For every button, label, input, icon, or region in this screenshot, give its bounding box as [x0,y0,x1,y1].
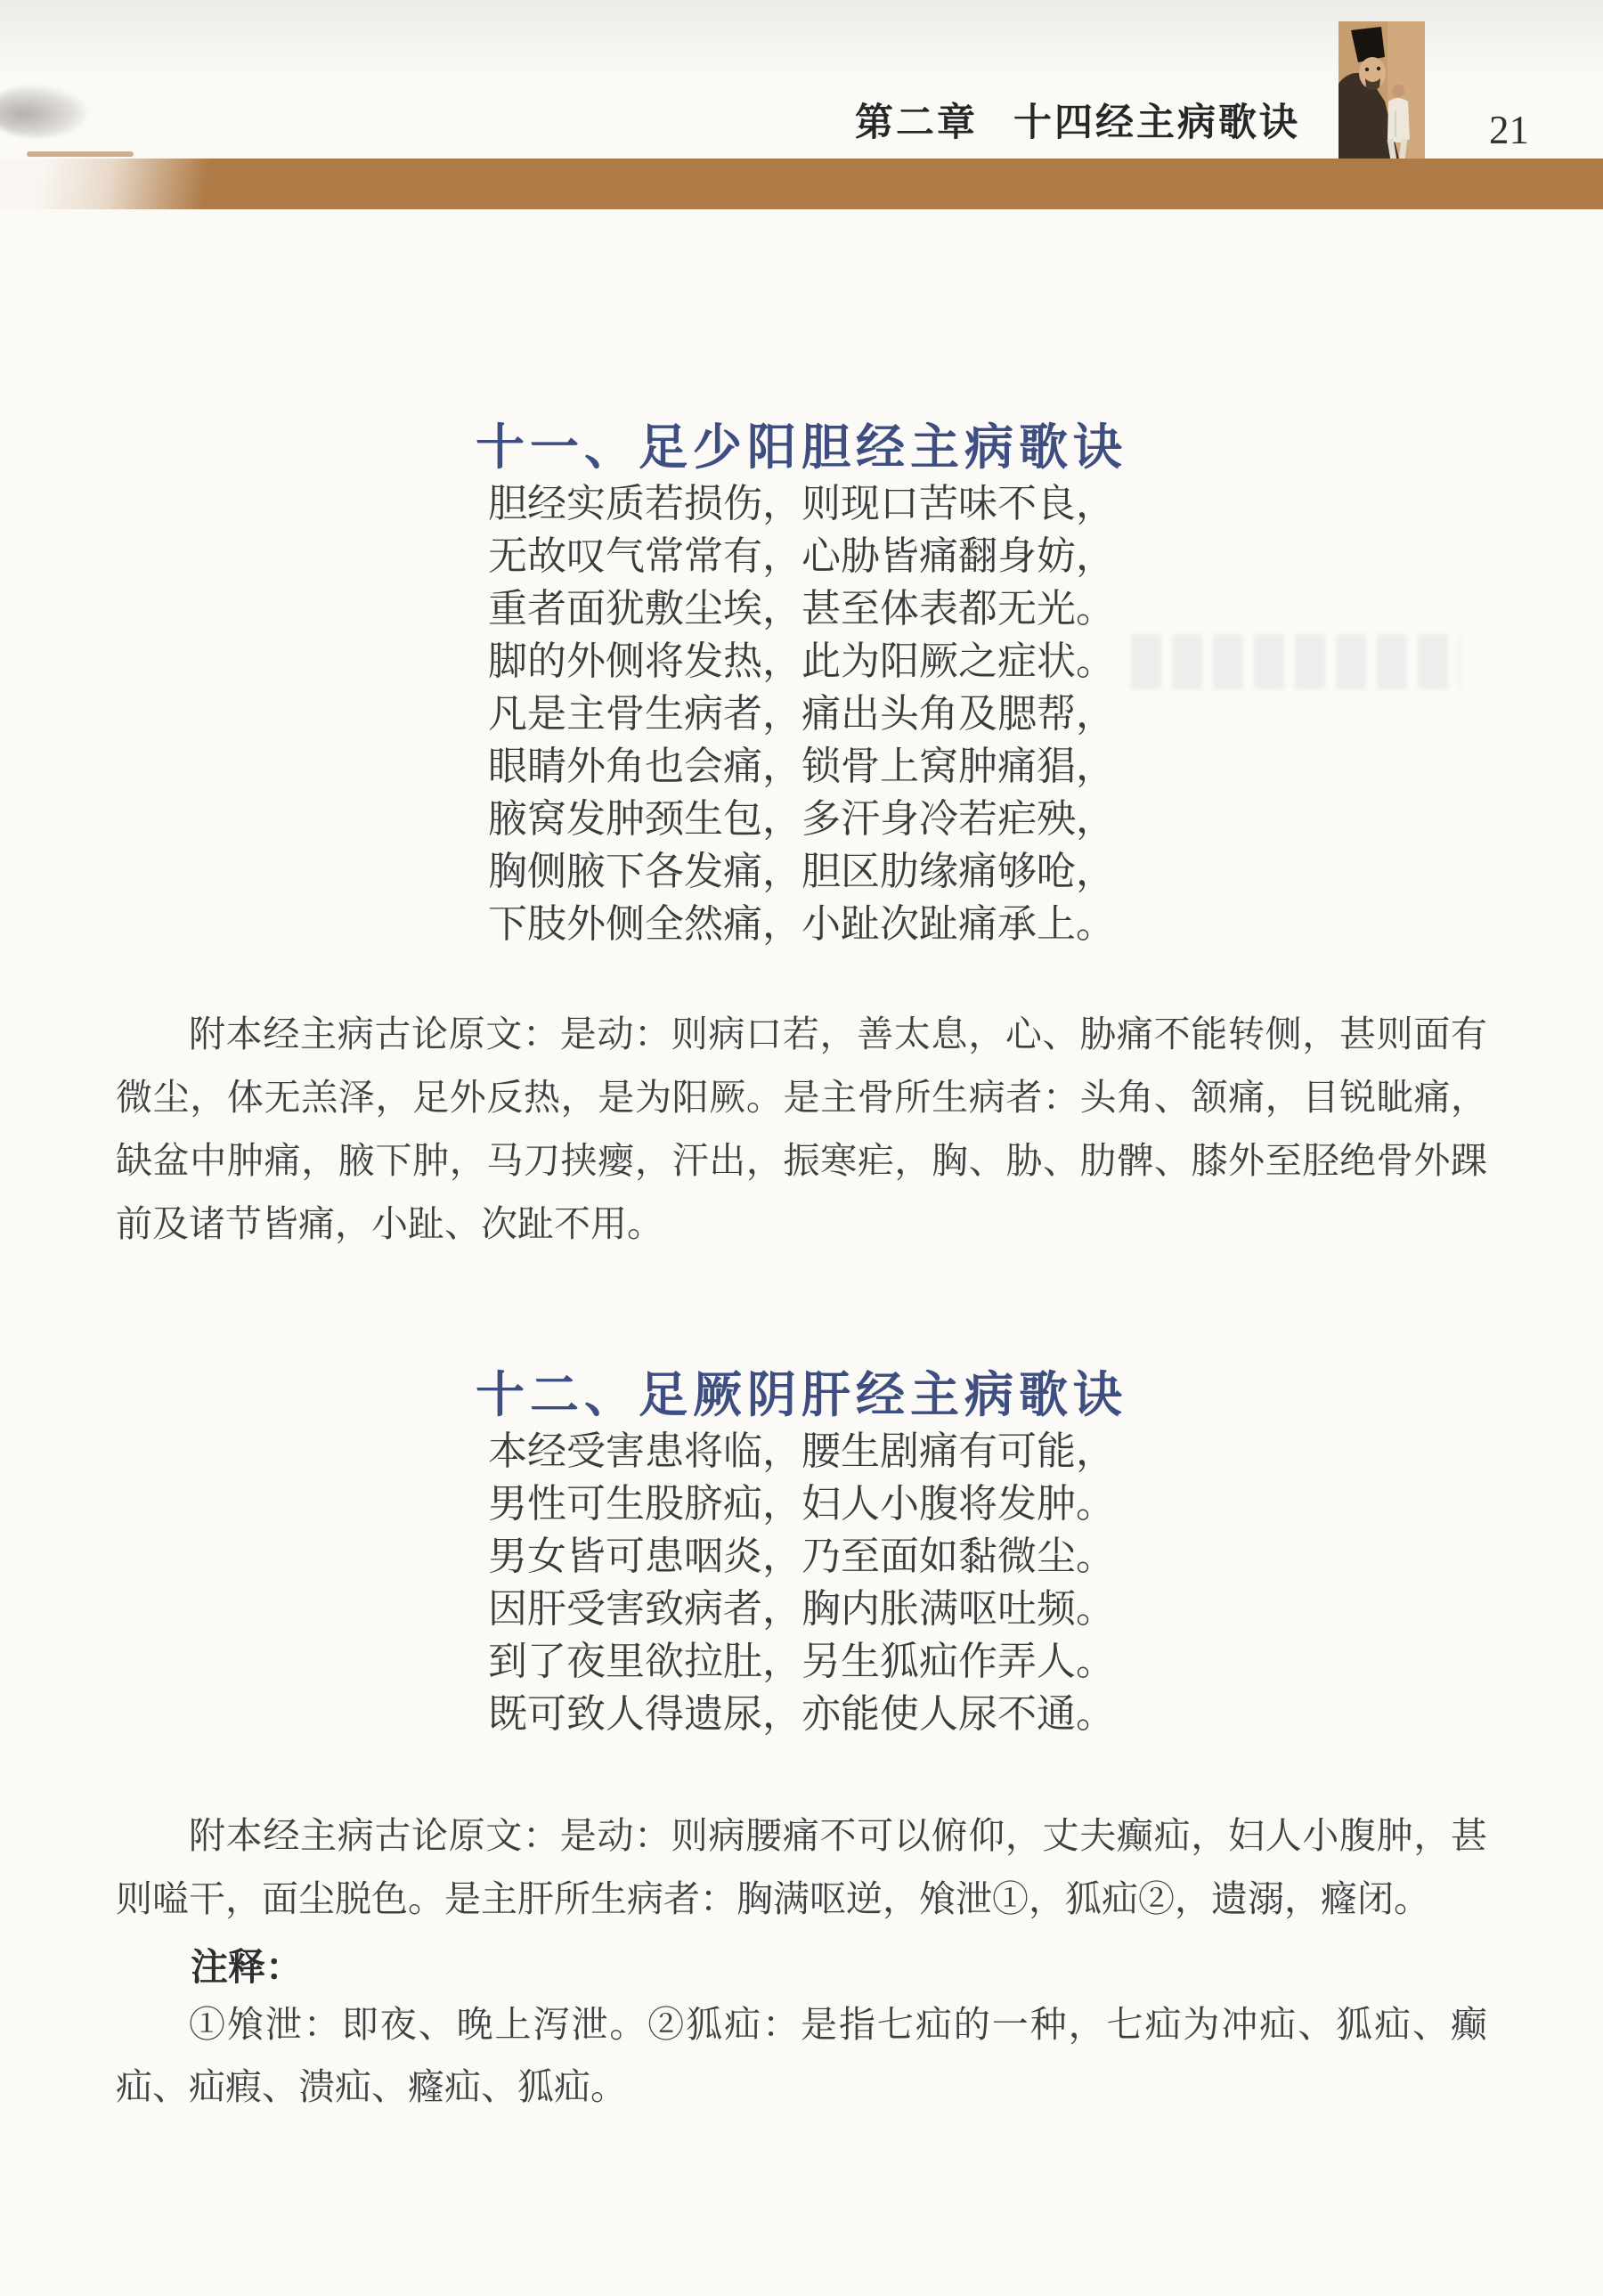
running-header: 第二章十四经主病歌诀 [855,93,1318,147]
verse-line: 胆经实质若损伤，则现口苦味不良， [116,477,1487,530]
section-12-title: 十二、足厥阴肝经主病歌诀 [116,1356,1487,1426]
child-robe [1387,98,1410,142]
verse-line: 胸侧腋下各发痛，胆区肋缘痛够呛， [116,845,1487,898]
verse-line: 本经受害患将临，腰生剧痛有可能， [116,1425,1487,1478]
verse-line: 凡是主骨生病者，痛出头角及腮帮， [116,688,1487,740]
verse-line: 脚的外侧将发热，此为阳厥之症状。 [116,635,1487,688]
section-12-classic-paragraph: 附本经主病古论原文：是动：则病腰痛不可以俯仰，丈夫癫疝，妇人小腹肿，甚则嗌干，面… [116,1804,1487,1931]
notes-label: 注释： [116,1938,303,1991]
two-figures-painting [1339,21,1425,166]
verse-line: 无故叹气常常有，心胁皆痛翻身妨， [116,530,1487,582]
verse-line: 腋窝发肿颈生包，多汗身冷若疟殃， [116,793,1487,845]
chapter-label: 第二章 [855,102,978,144]
verse-line: 男性可生股脐疝，妇人小腹将发肿。 [116,1478,1487,1530]
section-12-verse: 本经受害患将临，腰生剧痛有可能， 男性可生股脐疝，妇人小腹将发肿。 男女皆可患咽… [116,1425,1487,1740]
child-head [1392,85,1404,97]
section-11-classic-paragraph: 附本经主病古论原文：是动：则病口若，善太息，心、胁痛不能转侧，甚则面有微尘，体无… [116,1003,1487,1256]
verse-line: 到了夜里欲拉肚，另生狐疝作弄人。 [116,1635,1487,1688]
scan-smudge [0,85,87,137]
page-number: 21 [1489,107,1529,153]
section-11-title: 十一、足少阳胆经主病歌诀 [116,408,1487,478]
verse-line: 因肝受害致病者，胸内胀满呕吐频。 [116,1583,1487,1635]
verse-line: 男女皆可患咽炎，乃至面如黏微尘。 [116,1530,1487,1583]
notes-paragraph: ①飧泄：即夜、晚上泻泄。②狐疝：是指七疝的一种，七疝为冲疝、狐疝、癫疝、疝瘕、溃… [116,1993,1487,2118]
book-page-scan: { "header": { "chapter_label": "第二章", "c… [0,0,1603,2296]
verse-line: 重者面犹敷尘埃，甚至体表都无光。 [116,582,1487,635]
chapter-title: 十四经主病歌诀 [1013,102,1300,144]
section-11-verse: 胆经实质若损伤，则现口苦味不良， 无故叹气常常有，心胁皆痛翻身妨， 重者面犹敷尘… [116,477,1487,950]
header-rule-band [0,159,1603,209]
header-illustration-two-figures [1339,21,1425,166]
verse-line: 下肢外侧全然痛，小趾次趾痛承上。 [116,898,1487,950]
verse-line: 既可致人得遗尿，亦能使人尿不通。 [116,1688,1487,1740]
verse-line: 眼睛外角也会痛，锁骨上窝肿痛猖， [116,740,1487,793]
